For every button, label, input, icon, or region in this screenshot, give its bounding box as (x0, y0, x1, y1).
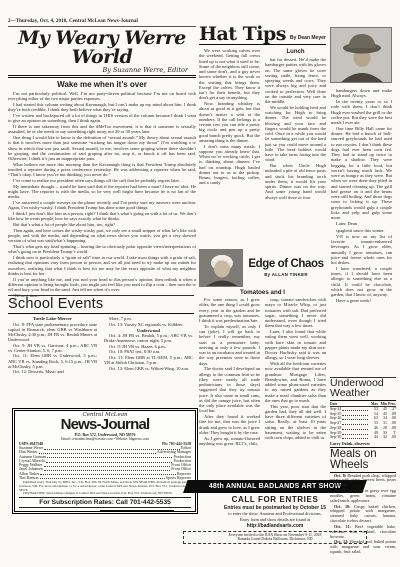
postmaster-notice: POSTMASTER: Send address changes to Cent… (19, 492, 191, 496)
right-text-column: hamburgers down and make Hugh mad. Alway… (331, 88, 392, 375)
column-masthead-title: My Weary Werre World (8, 26, 196, 67)
hat-tips-col2-text: bar for dessert. He’d make the hamburger… (265, 57, 326, 200)
body-paragraph: Now, branding whiskey is about as good a… (199, 101, 260, 143)
hat-tips-title: Hat Tips (199, 26, 286, 43)
staff-list: Suzanne WerreEditorDan WinterAdvertising… (19, 446, 191, 480)
facebook-badge: BHG’s ND Community Newspapers ☝ Like us … (100, 510, 174, 514)
body-paragraph: If you’re anything like me, and you nod … (8, 277, 196, 293)
weather-date: Sep-30 (330, 435, 341, 440)
body-paragraph: As I grew up, tomato-flavored anything w… (199, 436, 260, 447)
dotted-leader (342, 434, 368, 435)
subscription-rates-line: For Subscription Rates: Call 701-442-553… (19, 497, 191, 508)
body-paragraph: soup, tomato sandwiches with mayo or Mir… (265, 297, 326, 329)
body-paragraph: One thing I would like to know is the de… (8, 135, 196, 161)
hat-tips-col3: hamburgers down and make Hugh mad. Alway… (331, 88, 392, 226)
edge-title: Edge of Chaos (246, 259, 326, 271)
lunch-subhead: Lunch (265, 49, 326, 56)
event-item: Oct. 4: JH FB vs. Beulah, 5 p.m.; ABC VB… (104, 333, 193, 343)
meals-title: Meals on Wheels (330, 449, 396, 473)
hat-tips-columns: We were working calves over the weekend.… (199, 48, 326, 236)
dotted-leader (44, 466, 171, 467)
turtle-lake-mercer-overflow: More, 7 p.m.Oct. 13: Varsity XC regional… (104, 316, 193, 327)
body-paragraph: I don’t miss many meals. I suppose you a… (199, 144, 260, 186)
hat-tips-col1: We were working calves over the weekend.… (199, 48, 260, 236)
ndna-wordmark: NDNA (36, 511, 92, 514)
body-paragraph: I think now is particularly a “grain of … (8, 255, 196, 276)
hat-tips-byline: By Dean Meyer (290, 35, 326, 43)
body-paragraph: If there is one takeaway from this and t… (8, 124, 196, 135)
body-paragraph: What bothers me more this morning than t… (8, 162, 196, 178)
column-byline: By Suzanne Werre, Editor (8, 67, 196, 74)
edge-columns: For some reason, as I grew older, the on… (199, 297, 326, 471)
meal-item: Oct. 9: Beef tips in gravy over egg nood… (330, 489, 396, 503)
school-events-columns: Turtle Lake-Mercer Oct. 8: FFA state par… (8, 316, 194, 420)
event-item: Oct. 12: Desserts, Music and (8, 369, 97, 374)
body-paragraph: After they found it worked fine for me, … (199, 414, 260, 435)
body-paragraph: I think I just don’t like him as a perso… (8, 211, 196, 222)
dotted-leader (44, 470, 170, 471)
body-paragraph: hamburgers down and make Hugh mad. Alway… (331, 88, 392, 99)
weather-min: 32 (378, 435, 387, 440)
body-paragraph: I had started this column writing about … (8, 102, 196, 113)
hat-tips-header: Hat Tips By Dean Meyer (199, 26, 326, 45)
edge-header: Edge of Chaos By ALLAN TINKER (199, 249, 326, 287)
weather-observer: Larry Dzluk, observer (330, 440, 396, 449)
weather-prec: .00 (387, 435, 396, 440)
body-paragraph: I’m not particularly political. Well, I’… (8, 91, 196, 102)
body-paragraph: Later, I also found that while eating th… (265, 329, 326, 361)
body-paragraph: bar for dessert. He’d make the hamburger… (265, 57, 326, 104)
edge-subhead: Tomatoes and I (199, 289, 326, 296)
event-item: Oct. 11: Elem GBB vs Underwood, 5 p.m.; … (8, 353, 97, 368)
dotted-leader (46, 462, 172, 463)
allan-tinker-photo (199, 249, 243, 287)
body-paragraph: This year, poor start that the garden ha… (265, 404, 326, 441)
body-paragraph: For some reason, as I grew older, the on… (199, 297, 260, 323)
body-paragraph: I have wondered, a couple times, if I sh… (331, 266, 392, 298)
event-item: Oct. 9: JH VB vs. Garrison, 4 p.m.; ABC … (8, 343, 97, 353)
body-paragraph: Have a great week! (331, 298, 392, 303)
meals-menu-list: Oct. 8: Breaded pork chop, whipped potat… (330, 474, 396, 555)
event-item: Oct. 13: Elem GBB vs. Wilton-Wing, 10 a.… (104, 366, 193, 371)
event-item: Oct. 10: PSAT test, 8:30 a.m. (104, 349, 193, 354)
body-paragraph: Then again, and here comes the wishy-was… (8, 228, 196, 244)
cowboy-portrait-illustration (331, 28, 392, 83)
body-paragraph: V-8 is now on my list of favorite tomato… (331, 234, 392, 266)
edge-of-chaos-column: Edge of Chaos By ALLAN TINKER Tomatoes a… (199, 249, 326, 471)
turtle-lake-mercer-items: Oct. 8: FFA state parliamentary procedur… (8, 322, 97, 375)
school-events-col2: More, 7 p.m.Oct. 13: Varsity XC regional… (104, 316, 193, 420)
meal-item: Oct. 11: Beef vegetable bake, coleslaw, … (330, 525, 396, 539)
weather-row: Sep-304432.00 (330, 435, 396, 440)
body-paragraph: I’ve written and backspaced off a lot of… (8, 113, 196, 124)
edge-col2: soup, tomato sandwiches with mayo or Mir… (265, 297, 326, 471)
school-events-section: School Events Turtle Lake-Mercer Oct. 8:… (8, 295, 194, 420)
white-haired-portrait-illustration (200, 250, 243, 287)
body-paragraph: The doctor said I developed an allergy t… (199, 366, 260, 413)
dotted-leader (342, 415, 368, 416)
meal-item: Oct. 12: Breaded cod, baked potato with … (330, 540, 396, 554)
weather-title-line2: Weather (330, 389, 396, 399)
weather-table-rows: Sep-245345.27Sep-255445.00Sep-266334.00S… (330, 407, 396, 440)
weather-max: 44 (369, 435, 378, 440)
body-paragraph: My immediate thought – would he have sai… (8, 184, 196, 200)
facebook-badge-header: BHG’s ND Community Newspapers (101, 511, 173, 514)
masthead-fine-print: Published every Thursday by BHG, Inc., P… (19, 481, 191, 496)
event-item: More, 7 p.m. (104, 316, 193, 321)
column-headline: Wake me when it’s over (8, 80, 196, 89)
edge-col1: For some reason, as I grew older, the on… (199, 297, 260, 471)
meals-title-line1: Meals on (330, 449, 396, 460)
publication-masthead-box: Central McLean News-Journal P.O. Box 572… (12, 408, 198, 514)
dotted-leader (342, 410, 368, 411)
page-folio: 2—Thursday, Oct. 4, 2018, Central McLean… (8, 19, 138, 24)
meals-title-line2: Wheels (330, 460, 396, 471)
body-paragraph: I’ve answered a couple surveys on the ph… (8, 200, 196, 211)
underwood-items: Oct. 4: JH FB vs. Beulah, 5 p.m.; ABC VB… (104, 333, 193, 371)
school-events-title: School Events (8, 297, 194, 314)
dotted-leader (342, 429, 368, 430)
ndna-logo: NDNA NORTH DAKOTA NEWSPAPER ASSOCIATION (36, 511, 92, 514)
dotted-leader (39, 453, 156, 454)
usps-phone-row: USPS #647548 Ph: 701-442-5528 (19, 442, 191, 446)
event-item: Oct. 13: Varsity XC regionals vs. Killde… (104, 322, 193, 327)
dotted-leader (342, 419, 368, 420)
body-paragraph: spaghetti sauce this winter. (331, 228, 392, 233)
dotted-leader (342, 424, 368, 425)
event-item: Oct. 8: FFA state parliamentary procedur… (8, 322, 97, 343)
meals-on-wheels-box: Meals on Wheels Oct. 8: Breaded pork cho… (330, 449, 396, 564)
meal-item: Oct. 10: Crispy baked chicken, whipped p… (330, 505, 396, 524)
newspaper-page: 2—Thursday, Oct. 4, 2018, Central McLean… (0, 0, 400, 567)
dotted-leader (342, 438, 368, 439)
column-body: I’m not particularly political. Well, I’… (8, 91, 196, 317)
edge-title-block: Edge of Chaos By ALLAN TINKER (246, 259, 326, 278)
body-paragraph: We would be holding herd and watching fo… (265, 105, 326, 163)
body-paragraph: That’s what gets my head spinning – hear… (8, 244, 196, 255)
body-paragraph: In the twenty years or so I rode with th… (331, 99, 392, 125)
event-item: Oct. 11: Elem GBB at TL-M/M, 5 p.m.; ABC… (104, 355, 193, 365)
hat-tips-col2: Lunch bar for dessert. He’d make the ham… (265, 48, 326, 236)
body-paragraph: To explain myself, as only I can (joke),… (199, 324, 260, 366)
body-paragraph: With all the heirloom varieties now avai… (265, 361, 326, 403)
dean-meyer-photo (330, 27, 392, 83)
body-paragraph: But when Uncle Hugh unloaded a pile of o… (265, 163, 326, 200)
masthead-contact: Email: centralmclean@westriv.com • Websi… (19, 437, 191, 441)
body-paragraph: Later, Dean (331, 221, 392, 226)
school-events-col1: Turtle Lake-Mercer Oct. 8: FFA state par… (8, 316, 97, 420)
dotted-leader (40, 474, 176, 475)
weather-title: Underwood Weather (330, 379, 396, 401)
underwood-weather-box: Underwood Weather Date Max Min Prec. Sep… (330, 377, 396, 448)
body-paragraph: I’ve come to realize our president often… (8, 178, 196, 183)
body-paragraph: One time Billy Hall came for dinner. He … (331, 126, 392, 221)
event-item: Oct. 9: JH VB vs. Hazen, 6 p.m. (104, 344, 193, 349)
meal-item: Oct. 8: Breaded pork chop, whipped potat… (330, 474, 396, 488)
weary-werre-column: My Weary Werre World By Suzanne Werre, E… (8, 26, 196, 317)
dotted-leader (47, 457, 172, 458)
edge-byline: By ALLAN TINKER (246, 272, 326, 277)
association-logos: NDNA NORTH DAKOTA NEWSPAPER ASSOCIATION … (19, 510, 191, 514)
divider-rule (8, 75, 196, 78)
masthead-logo: News-Journal (19, 419, 191, 432)
body-paragraph: But that’s what a lot of people like abo… (8, 222, 196, 227)
edge-of-chaos-continuation: spaghetti sauce this winter.V-8 is now o… (331, 228, 392, 303)
body-paragraph: We were working calves over the weekend.… (199, 48, 260, 101)
